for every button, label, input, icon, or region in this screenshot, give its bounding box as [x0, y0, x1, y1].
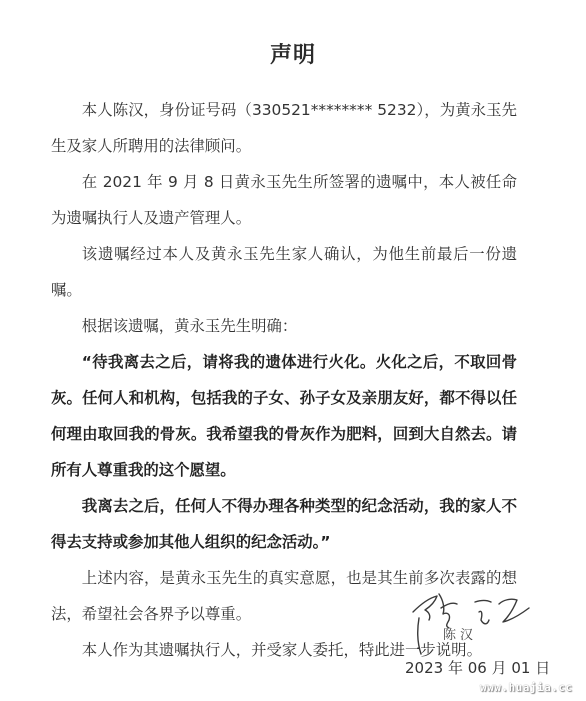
paragraph-appointment: 在 2021 年 9 月 8 日黄永玉先生所签署的遗嘱中，本人被任命为遗嘱执行人… [51, 164, 517, 236]
signature-block: 陈汉 [395, 590, 545, 660]
paragraph-identity: 本人陈汉，身份证号码（330521******** 5232），为黄永玉先生及家… [51, 92, 517, 164]
paragraph-confirmation: 该遗嘱经过本人及黄永玉先生家人确认，为他生前最后一份遗嘱。 [51, 236, 517, 308]
paragraph-intro-quote: 根据该遗嘱，黄永玉先生明确： [51, 308, 517, 344]
site-watermark: www.huajia.cc [480, 681, 573, 694]
printed-name: 陈汉 [443, 624, 477, 643]
document-body: 本人陈汉，身份证号码（330521******** 5232），为黄永玉先生及家… [51, 92, 517, 668]
paragraph-will-quote-2: 我离去之后，任何人不得办理各种类型的纪念活动，我的家人不得去支持或参加其他人组织… [51, 488, 517, 560]
document-title: 声明 [0, 38, 586, 69]
signature-date: 2023 年 06 月 01 日 [405, 657, 550, 678]
paragraph-will-quote-1: “待我离去之后，请将我的遗体进行火化。火化之后，不取回骨灰。任何人和机构，包括我… [51, 344, 517, 488]
